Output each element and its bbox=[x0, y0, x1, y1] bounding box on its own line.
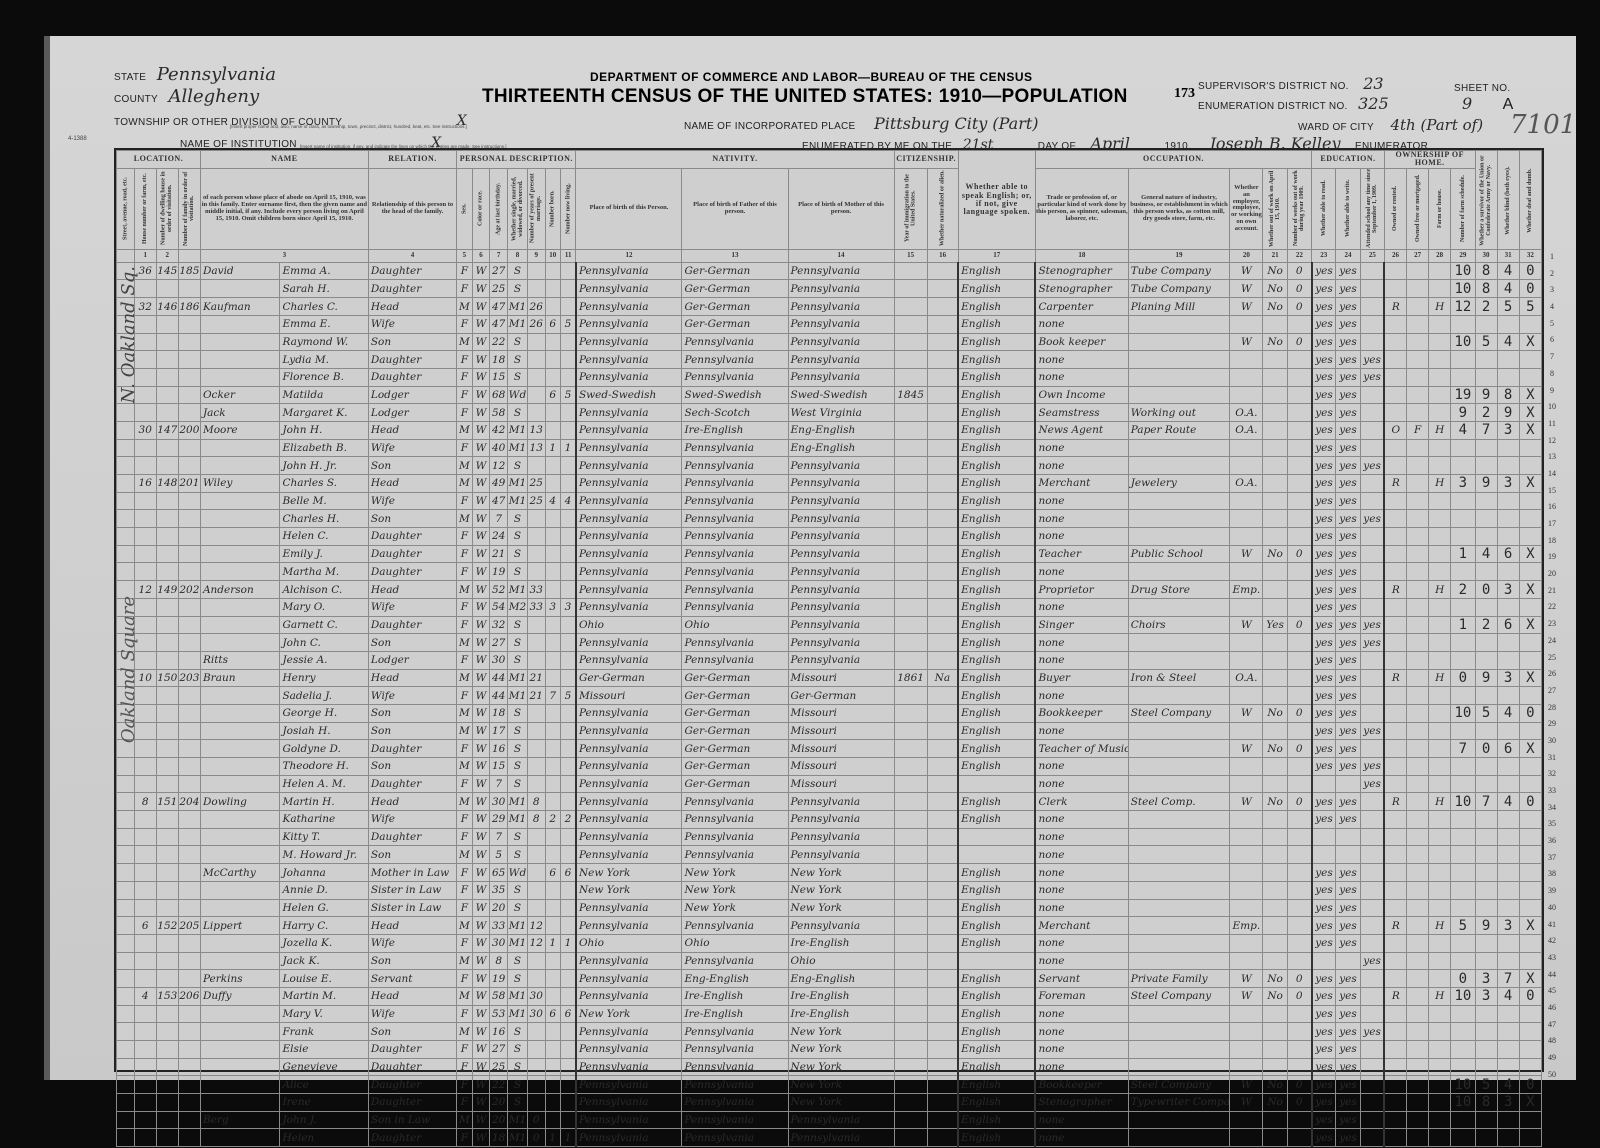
ward-label: WARD OF CITY bbox=[1298, 122, 1374, 133]
cell-imm bbox=[894, 952, 927, 970]
cell-wr: yes bbox=[1336, 598, 1360, 616]
coding-digit bbox=[1497, 722, 1519, 740]
cell-race: W bbox=[472, 1058, 490, 1076]
cell-age: 40 bbox=[490, 439, 508, 457]
cell-street bbox=[117, 1041, 135, 1059]
cell-imm bbox=[894, 333, 927, 351]
cell-sex: F bbox=[457, 598, 472, 616]
cell-street bbox=[117, 545, 135, 563]
cell-dwelling bbox=[156, 545, 178, 563]
cell-fh bbox=[1429, 722, 1451, 740]
col-veteran: Whether a survivor of the Union or Confe… bbox=[1475, 151, 1497, 250]
cell-given: George H. bbox=[280, 704, 368, 722]
cell-dwelling: 151 bbox=[156, 793, 178, 811]
cell-mort bbox=[1407, 1129, 1429, 1147]
cell-rel: Head bbox=[368, 421, 456, 439]
cell-wk: 0 bbox=[1287, 740, 1311, 758]
cell-imm bbox=[894, 722, 927, 740]
cell-sch bbox=[1360, 545, 1384, 563]
cell-nat bbox=[927, 651, 958, 669]
coding-digit bbox=[1519, 439, 1541, 457]
cell-imm bbox=[894, 899, 927, 917]
coding-digit bbox=[1475, 934, 1497, 952]
line-number: 34 bbox=[1542, 800, 1562, 817]
cell-race: W bbox=[472, 934, 490, 952]
cell-mort bbox=[1407, 1023, 1429, 1041]
cell-surname bbox=[200, 775, 280, 793]
cell-age: 29 bbox=[490, 811, 508, 829]
coding-digit bbox=[1497, 528, 1519, 546]
cell-dwelling: 150 bbox=[156, 669, 178, 687]
cell-imm bbox=[894, 368, 927, 386]
cell-own bbox=[1384, 758, 1406, 776]
cell-mort bbox=[1407, 970, 1429, 988]
cell-bp: Pennsylvania bbox=[576, 492, 682, 510]
cell-dwelling bbox=[156, 351, 178, 369]
cell-ind: Typewriter Company bbox=[1128, 1094, 1230, 1112]
cell-bf: Pennsylvania bbox=[682, 952, 788, 970]
cell-sex: M bbox=[457, 704, 472, 722]
cell-trade: Book keeper bbox=[1035, 333, 1128, 351]
cell-age: 27 bbox=[490, 1041, 508, 1059]
column-number: 28 bbox=[1429, 249, 1451, 262]
cell-fh bbox=[1429, 1076, 1451, 1094]
coding-digit bbox=[1519, 775, 1541, 793]
cell-ym bbox=[527, 545, 545, 563]
col-dwelling: Number of dwelling house in order of vis… bbox=[156, 168, 178, 249]
coding-digit: 19 bbox=[1451, 386, 1475, 404]
cell-wk: 0 bbox=[1287, 1094, 1311, 1112]
cell-wr: yes bbox=[1336, 351, 1360, 369]
cell-house bbox=[134, 1041, 156, 1059]
cell-emp bbox=[1230, 1041, 1263, 1059]
coding-digit: 0 bbox=[1519, 262, 1541, 280]
cell-sch bbox=[1360, 598, 1384, 616]
cell-ind bbox=[1128, 386, 1230, 404]
cell-bf: Pennsylvania bbox=[682, 528, 788, 546]
cell-imm bbox=[894, 598, 927, 616]
cell-oow bbox=[1263, 563, 1287, 581]
cell-bm: Pennsylvania bbox=[788, 581, 894, 599]
cell-lang: English bbox=[958, 1076, 1035, 1094]
cell-bp: Pennsylvania bbox=[576, 1076, 682, 1094]
cell-fh bbox=[1429, 934, 1451, 952]
cell-lang: English bbox=[958, 864, 1035, 882]
cell-rd: yes bbox=[1312, 722, 1336, 740]
cell-rel: Daughter bbox=[368, 528, 456, 546]
cell-dwelling: 146 bbox=[156, 298, 178, 316]
cell-lang: English bbox=[958, 492, 1035, 510]
coding-digit bbox=[1497, 492, 1519, 510]
cell-family bbox=[178, 1129, 200, 1147]
cell-fh bbox=[1429, 492, 1451, 510]
coding-digit: X bbox=[1519, 545, 1541, 563]
cell-ym bbox=[527, 1041, 545, 1059]
cell-wk: 0 bbox=[1287, 545, 1311, 563]
cell-living bbox=[561, 351, 576, 369]
coding-digit: 1 bbox=[1451, 616, 1475, 634]
cell-lang: English bbox=[958, 740, 1035, 758]
cell-sex: F bbox=[457, 740, 472, 758]
cell-nat bbox=[927, 563, 958, 581]
cell-oow bbox=[1263, 1058, 1287, 1076]
coding-digit bbox=[1475, 315, 1497, 333]
street-margin-note-2: Oakland Square bbox=[118, 596, 139, 743]
col-birth-mother: Place of birth of Mother of this person. bbox=[788, 168, 894, 249]
coding-digit: 7 bbox=[1451, 740, 1475, 758]
coding-digit bbox=[1451, 510, 1475, 528]
cell-nat bbox=[927, 386, 958, 404]
cell-own bbox=[1384, 1041, 1406, 1059]
cell-bp: Pennsylvania bbox=[576, 475, 682, 493]
cell-race: W bbox=[472, 581, 490, 599]
coding-digit bbox=[1475, 1041, 1497, 1059]
cell-mort bbox=[1407, 563, 1429, 581]
cell-dwelling bbox=[156, 864, 178, 882]
cell-bm: Pennsylvania bbox=[788, 634, 894, 652]
cell-oow bbox=[1263, 934, 1287, 952]
coding-digit: X bbox=[1519, 1094, 1541, 1112]
cell-sch bbox=[1360, 492, 1384, 510]
cell-race: W bbox=[472, 1041, 490, 1059]
cell-bf: Pennsylvania bbox=[682, 545, 788, 563]
cell-fh bbox=[1429, 775, 1451, 793]
cell-wk: 0 bbox=[1287, 970, 1311, 988]
cell-age: 35 bbox=[490, 881, 508, 899]
cell-wr: yes bbox=[1336, 881, 1360, 899]
cell-own bbox=[1384, 510, 1406, 528]
cell-bp: Pennsylvania bbox=[576, 775, 682, 793]
coding-digit: 10 bbox=[1451, 262, 1475, 280]
cell-wr: yes bbox=[1336, 669, 1360, 687]
table-row: BergJohn J.Son in LawMW20M10Pennsylvania… bbox=[117, 1111, 1542, 1129]
table-row: AliceDaughterFW22SPennsylvaniaPennsylvan… bbox=[117, 1076, 1542, 1094]
coding-digit: 2 bbox=[1451, 581, 1475, 599]
cell-emp: W bbox=[1230, 545, 1263, 563]
coding-digit: 0 bbox=[1519, 1076, 1541, 1094]
cell-ind bbox=[1128, 1058, 1230, 1076]
coding-digit bbox=[1475, 899, 1497, 917]
cell-bp: Pennsylvania bbox=[576, 262, 682, 280]
cell-sex: F bbox=[457, 811, 472, 829]
cell-own bbox=[1384, 952, 1406, 970]
cell-wk: 0 bbox=[1287, 704, 1311, 722]
cell-rel: Son bbox=[368, 722, 456, 740]
cell-given: Jack K. bbox=[280, 952, 368, 970]
cell-house: 6 bbox=[134, 917, 156, 935]
cell-bm: New York bbox=[788, 899, 894, 917]
cell-race: W bbox=[472, 1094, 490, 1112]
cell-ind: Iron & Steel bbox=[1128, 669, 1230, 687]
coding-digit: 10 bbox=[1451, 333, 1475, 351]
cell-own bbox=[1384, 899, 1406, 917]
cell-rel: Lodger bbox=[368, 651, 456, 669]
cell-nat: Na bbox=[927, 669, 958, 687]
cell-mort bbox=[1407, 457, 1429, 475]
cell-nat bbox=[927, 510, 958, 528]
cell-sex: F bbox=[457, 351, 472, 369]
cell-nat bbox=[927, 475, 958, 493]
cell-born bbox=[545, 970, 560, 988]
column-number: 27 bbox=[1407, 249, 1429, 262]
cell-rel: Wife bbox=[368, 811, 456, 829]
cell-born bbox=[545, 651, 560, 669]
cell-wr: yes bbox=[1336, 722, 1360, 740]
cell-nat bbox=[927, 970, 958, 988]
cell-own bbox=[1384, 1076, 1406, 1094]
cell-born bbox=[545, 368, 560, 386]
cell-mort bbox=[1407, 581, 1429, 599]
cell-nat bbox=[927, 1111, 958, 1129]
cell-bm: Swed-Swedish bbox=[788, 386, 894, 404]
cell-emp bbox=[1230, 634, 1263, 652]
table-row: 12149202AndersonAlchison C.HeadMW52M133P… bbox=[117, 581, 1542, 599]
cell-born: 3 bbox=[545, 598, 560, 616]
cell-rd: yes bbox=[1312, 333, 1336, 351]
cell-own bbox=[1384, 439, 1406, 457]
cell-house bbox=[134, 1058, 156, 1076]
cell-sch bbox=[1360, 899, 1384, 917]
cell-trade: Singer bbox=[1035, 616, 1128, 634]
cell-given: Matilda bbox=[280, 386, 368, 404]
cell-born bbox=[545, 1041, 560, 1059]
cell-dwelling bbox=[156, 1058, 178, 1076]
col-out-of-work: Whether out of work on April 15, 1910. bbox=[1263, 168, 1287, 249]
cell-surname: Jack bbox=[200, 404, 280, 422]
cell-rel: Wife bbox=[368, 492, 456, 510]
line-number: 23 bbox=[1542, 616, 1562, 633]
cell-sex: M bbox=[457, 1111, 472, 1129]
cell-mort bbox=[1407, 722, 1429, 740]
cell-rd: yes bbox=[1312, 669, 1336, 687]
cell-sch bbox=[1360, 881, 1384, 899]
cell-given: Helen bbox=[280, 1129, 368, 1147]
coding-digit: 3 bbox=[1497, 1094, 1519, 1112]
cell-age: 22 bbox=[490, 1076, 508, 1094]
cell-sex: F bbox=[457, 1094, 472, 1112]
cell-born bbox=[545, 457, 560, 475]
cell-lang: English bbox=[958, 280, 1035, 298]
coding-digit bbox=[1497, 846, 1519, 864]
cell-dwelling: 145 bbox=[156, 262, 178, 280]
cell-lang bbox=[958, 952, 1035, 970]
cell-ind: Steel Company bbox=[1128, 704, 1230, 722]
cell-emp: W bbox=[1230, 1076, 1263, 1094]
cell-own bbox=[1384, 651, 1406, 669]
coding-digit: X bbox=[1519, 740, 1541, 758]
cell-house bbox=[134, 457, 156, 475]
cell-lang: English bbox=[958, 722, 1035, 740]
cell-bm: Pennsylvania bbox=[788, 315, 894, 333]
cell-born bbox=[545, 1076, 560, 1094]
cell-wk bbox=[1287, 669, 1311, 687]
cell-oow bbox=[1263, 1111, 1287, 1129]
cell-mar: S bbox=[508, 545, 528, 563]
cell-emp bbox=[1230, 775, 1263, 793]
cell-rd: yes bbox=[1312, 970, 1336, 988]
cell-street bbox=[117, 881, 135, 899]
cell-mar: S bbox=[508, 1023, 528, 1041]
cell-oow bbox=[1263, 1023, 1287, 1041]
cell-born bbox=[545, 1023, 560, 1041]
cell-fh bbox=[1429, 634, 1451, 652]
cell-race: W bbox=[472, 687, 490, 705]
coding-digit bbox=[1519, 811, 1541, 829]
table-row: 6152205LippertHarry C.HeadMW33M112Pennsy… bbox=[117, 917, 1542, 935]
cell-age: 5 bbox=[490, 846, 508, 864]
cell-age: 20 bbox=[490, 899, 508, 917]
cell-lang: English bbox=[958, 598, 1035, 616]
cell-dwelling bbox=[156, 687, 178, 705]
cell-trade: none bbox=[1035, 881, 1128, 899]
coding-digit: 4 bbox=[1497, 262, 1519, 280]
column-number: 13 bbox=[682, 249, 788, 262]
cell-sch bbox=[1360, 740, 1384, 758]
cell-dwelling bbox=[156, 368, 178, 386]
cell-living bbox=[561, 1111, 576, 1129]
column-number: 20 bbox=[1230, 249, 1263, 262]
col-employer: Whether an employer, employee, or workin… bbox=[1230, 168, 1263, 249]
cell-own bbox=[1384, 1005, 1406, 1023]
cell-given: Louise E. bbox=[280, 970, 368, 988]
cell-trade: Carpenter bbox=[1035, 298, 1128, 316]
coding-digit: 3 bbox=[1475, 987, 1497, 1005]
table-row: M. Howard Jr.SonMW5SPennsylvaniaPennsylv… bbox=[117, 846, 1542, 864]
cell-mort bbox=[1407, 793, 1429, 811]
cell-oow bbox=[1263, 315, 1287, 333]
cell-bm: West Virginia bbox=[788, 404, 894, 422]
county-field: COUNTY Allegheny bbox=[114, 86, 259, 107]
cell-sex: F bbox=[457, 775, 472, 793]
cell-nat bbox=[927, 793, 958, 811]
cell-wr: yes bbox=[1336, 280, 1360, 298]
cell-family: 186 bbox=[178, 298, 200, 316]
cell-rd: yes bbox=[1312, 651, 1336, 669]
cell-bf: Pennsylvania bbox=[682, 811, 788, 829]
cell-given: John J. bbox=[280, 1111, 368, 1129]
cell-lang: English bbox=[958, 528, 1035, 546]
cell-dwelling bbox=[156, 651, 178, 669]
cell-race: W bbox=[472, 598, 490, 616]
coding-digit bbox=[1451, 846, 1475, 864]
cell-given: Josiah H. bbox=[280, 722, 368, 740]
coding-digit bbox=[1519, 457, 1541, 475]
cell-own bbox=[1384, 634, 1406, 652]
coding-digit bbox=[1475, 1058, 1497, 1076]
cell-ym bbox=[527, 775, 545, 793]
cell-emp bbox=[1230, 1058, 1263, 1076]
coding-digit: 4 bbox=[1497, 1076, 1519, 1094]
cell-race: W bbox=[472, 634, 490, 652]
coding-digit bbox=[1519, 492, 1541, 510]
cell-rel: Servant bbox=[368, 970, 456, 988]
cell-mort bbox=[1407, 315, 1429, 333]
cell-sex: F bbox=[457, 934, 472, 952]
cell-oow: No bbox=[1263, 1094, 1287, 1112]
cell-wr: yes bbox=[1336, 492, 1360, 510]
cell-surname bbox=[200, 439, 280, 457]
coding-digit bbox=[1519, 368, 1541, 386]
coding-digit bbox=[1519, 758, 1541, 776]
cell-imm: 1845 bbox=[894, 386, 927, 404]
cell-living: 6 bbox=[561, 1005, 576, 1023]
cell-house bbox=[134, 811, 156, 829]
cell-sex: M bbox=[457, 722, 472, 740]
cell-wr: yes bbox=[1336, 1129, 1360, 1147]
cell-sex: M bbox=[457, 793, 472, 811]
cell-surname: Ritts bbox=[200, 651, 280, 669]
supervisor-value: 23 bbox=[1363, 74, 1383, 93]
cell-family bbox=[178, 934, 200, 952]
cell-rel: Wife bbox=[368, 934, 456, 952]
cell-family bbox=[178, 864, 200, 882]
cell-dwelling bbox=[156, 811, 178, 829]
line-number: 50 bbox=[1542, 1067, 1562, 1084]
cell-trade: Seamstress bbox=[1035, 404, 1128, 422]
cell-rel: Son bbox=[368, 846, 456, 864]
cell-rd: yes bbox=[1312, 492, 1336, 510]
cell-lang: English bbox=[958, 1129, 1035, 1147]
cell-mort bbox=[1407, 952, 1429, 970]
coding-digit bbox=[1519, 952, 1541, 970]
cell-living: 5 bbox=[561, 687, 576, 705]
cell-dwelling bbox=[156, 280, 178, 298]
cell-mar: M1 bbox=[508, 298, 528, 316]
cell-oow: No bbox=[1263, 1076, 1287, 1094]
incorporated-place-field: NAME OF INCORPORATED PLACE Pittsburg Cit… bbox=[684, 114, 1039, 134]
cell-trade: none bbox=[1035, 351, 1128, 369]
cell-mar: M1 bbox=[508, 421, 528, 439]
cell-sch bbox=[1360, 1076, 1384, 1094]
coding-digit bbox=[1475, 1111, 1497, 1129]
cell-ym bbox=[527, 1023, 545, 1041]
cell-ym bbox=[527, 634, 545, 652]
column-number: 26 bbox=[1384, 249, 1406, 262]
cell-bf: New York bbox=[682, 899, 788, 917]
cell-fh bbox=[1429, 368, 1451, 386]
cell-lang: English bbox=[958, 457, 1035, 475]
coding-digit bbox=[1451, 563, 1475, 581]
cell-rd: yes bbox=[1312, 864, 1336, 882]
cell-house bbox=[134, 439, 156, 457]
cell-dwelling bbox=[156, 970, 178, 988]
cell-nat bbox=[927, 333, 958, 351]
cell-fh bbox=[1429, 457, 1451, 475]
line-number: 12 bbox=[1542, 433, 1562, 450]
cell-bf: Pennsylvania bbox=[682, 581, 788, 599]
coding-digit: 5 bbox=[1475, 1076, 1497, 1094]
cell-bm: Missouri bbox=[788, 775, 894, 793]
cell-race: W bbox=[472, 1023, 490, 1041]
coding-digit: 4 bbox=[1497, 333, 1519, 351]
cell-mar: S bbox=[508, 510, 528, 528]
cell-given: Emily J. bbox=[280, 545, 368, 563]
cell-dwelling bbox=[156, 775, 178, 793]
cell-mar: M1 bbox=[508, 793, 528, 811]
cell-race: W bbox=[472, 970, 490, 988]
cell-born bbox=[545, 987, 560, 1005]
cell-bf: Sech-Scotch bbox=[682, 404, 788, 422]
cell-imm bbox=[894, 457, 927, 475]
line-number: 16 bbox=[1542, 499, 1562, 516]
table-row: Florence B.DaughterFW15SPennsylvaniaPenn… bbox=[117, 368, 1542, 386]
cell-age: 12 bbox=[490, 457, 508, 475]
line-number: 27 bbox=[1542, 683, 1562, 700]
table-row: Helen A. M.DaughterFW7SPennsylvaniaGer-G… bbox=[117, 775, 1542, 793]
cell-house bbox=[134, 952, 156, 970]
cell-own bbox=[1384, 368, 1406, 386]
coding-digit: 10 bbox=[1451, 1076, 1475, 1094]
